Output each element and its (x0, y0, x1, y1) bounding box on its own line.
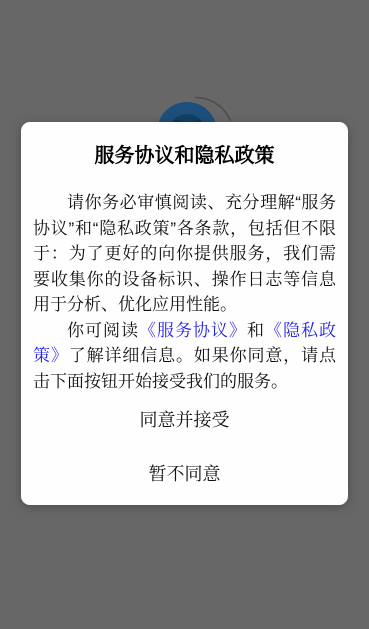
dialog-title: 服务协议和隐私政策 (33, 144, 336, 168)
dialog-body: 请你务必审慎阅读、充分理解“服务协议”和“隐私政策”各条款，包括但不限于：为了更… (33, 190, 336, 394)
agree-button[interactable]: 同意并接受 (33, 409, 336, 431)
paragraph-2-prefix: 你可阅读 (67, 321, 139, 340)
privacy-policy-dialog: 服务协议和隐私政策 请你务必审慎阅读、充分理解“服务协议”和“隐私政策”各条款，… (21, 122, 348, 505)
paragraph-2-suffix: 了解详细信息。如果你同意，请点击下面按钮开始接受我们的服务。 (33, 346, 336, 391)
dialog-paragraph-2: 你可阅读《服务协议》和《隐私政策》了解详细信息。如果你同意，请点击下面按钮开始接… (33, 318, 336, 395)
paragraph-2-conjunction: 和 (247, 321, 265, 340)
disagree-button[interactable]: 暂不同意 (33, 463, 336, 485)
dialog-paragraph-1: 请你务必审慎阅读、充分理解“服务协议”和“隐私政策”各条款，包括但不限于：为了更… (33, 190, 336, 318)
service-agreement-link[interactable]: 《服务协议》 (139, 321, 247, 340)
